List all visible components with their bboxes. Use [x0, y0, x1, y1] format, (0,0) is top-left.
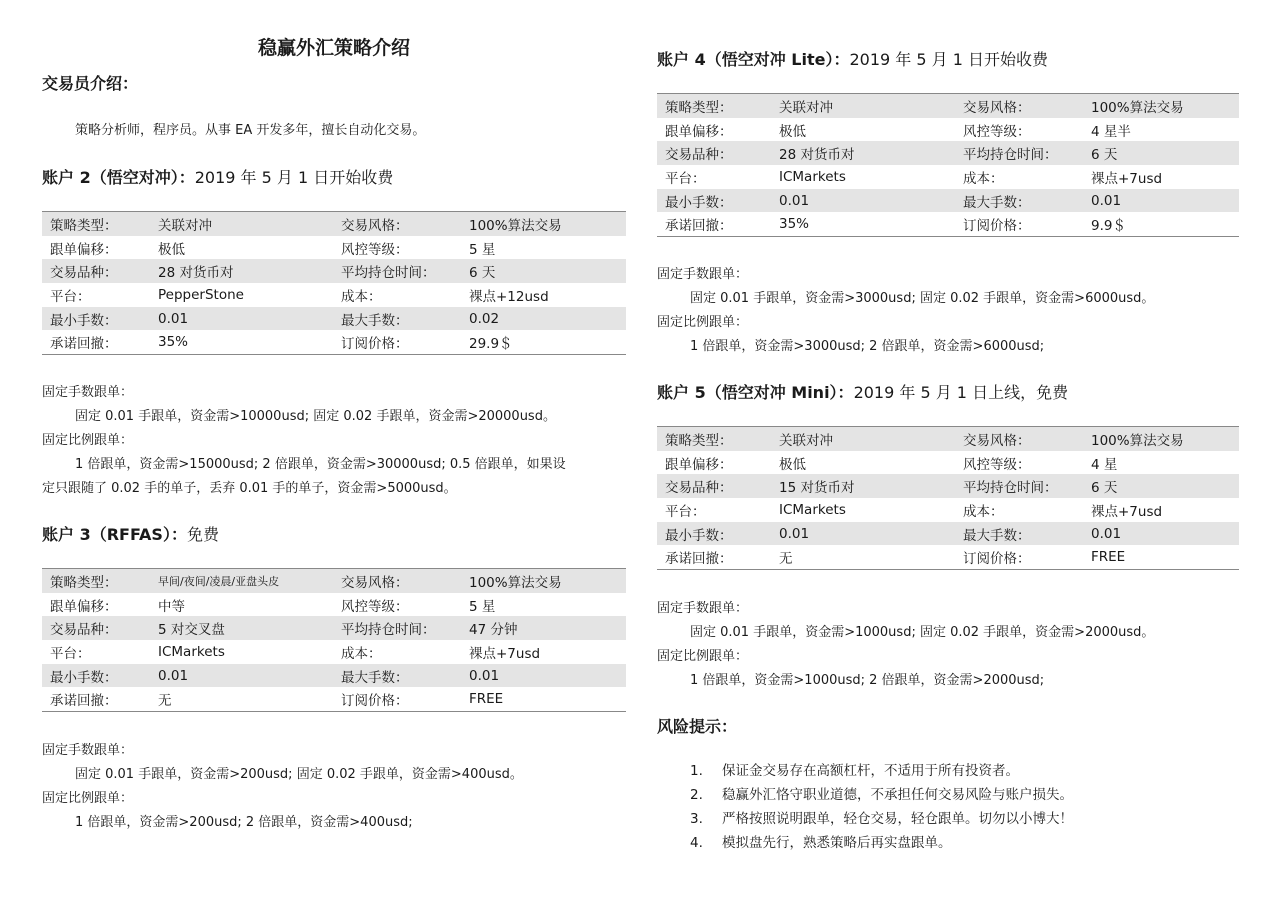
account-2-heading: 账户 2（悟空对冲）：2019 年 5 月 1 日开始收费 — [42, 165, 393, 188]
account-2-fixed-lot-label: 固定手数跟单： — [42, 381, 133, 400]
account-5-ratio-label: 固定比例跟单： — [657, 645, 748, 664]
table-row: 平台：ICMarkets成本：裸点+7usd — [657, 498, 1239, 522]
table-row: 策略类型：关联对冲交易风格：100%算法交易 — [657, 427, 1239, 451]
account-4-title: 账户 4（悟空对冲 Lite）： — [657, 50, 849, 69]
page-title: 稳赢外汇策略介绍 — [0, 33, 668, 60]
table-row: 跟单偏移：极低风控等级：4 星 — [657, 451, 1239, 475]
table-row: 平台：ICMarkets成本：裸点+7usd — [657, 165, 1239, 189]
table-row: 跟单偏移：极低风控等级：4 星半 — [657, 118, 1239, 142]
account-2-subtitle: 2019 年 5 月 1 日开始收费 — [195, 168, 394, 187]
account-5-ratio-text-1: 1 倍跟单，资金需>1000usd; 2 倍跟单，资金需>2000usd; — [657, 669, 1044, 688]
account-2-ratio-text-2: 定只跟随了 0.02 手的单子，丢弃 0.01 手的单子，资金需>5000usd… — [42, 477, 457, 496]
account-4-subtitle: 2019 年 5 月 1 日开始收费 — [849, 50, 1048, 69]
account-4-fixed-lot-text: 固定 0.01 手跟单，资金需>3000usd; 固定 0.02 手跟单，资金需… — [657, 287, 1154, 306]
account-5-title: 账户 5（悟空对冲 Mini）： — [657, 383, 854, 402]
table-row: 交易品种：5 对交叉盘平均持仓时间：47 分钟 — [42, 616, 626, 640]
account-3-ratio-label: 固定比例跟单： — [42, 787, 133, 806]
account-3-subtitle: 免费 — [187, 525, 219, 544]
table-row: 最小手数：0.01最大手数：0.01 — [657, 189, 1239, 213]
table-row: 承诺回撤：35%订阅价格：29.9＄ — [42, 330, 626, 354]
table-row: 策略类型：关联对冲交易风格：100%算法交易 — [42, 212, 626, 236]
table-row: 交易品种：15 对货币对平均持仓时间：6 天 — [657, 474, 1239, 498]
account-5-fixed-lot-label: 固定手数跟单： — [657, 597, 748, 616]
account-5-spec-table: 策略类型：关联对冲交易风格：100%算法交易 跟单偏移：极低风控等级：4 星 交… — [657, 426, 1239, 570]
table-row: 跟单偏移：极低风控等级：5 星 — [42, 236, 626, 260]
list-item: 1.保证金交易存在高额杠杆，不适用于所有投资者。 — [657, 759, 1073, 783]
list-item: 4.模拟盘先行，熟悉策略后再实盘跟单。 — [657, 831, 1073, 855]
risk-heading: 风险提示： — [657, 714, 737, 737]
list-item: 2.稳赢外汇恪守职业道德，不承担任何交易风险与账户损失。 — [657, 783, 1073, 807]
account-4-heading: 账户 4（悟空对冲 Lite）：2019 年 5 月 1 日开始收费 — [657, 47, 1048, 70]
account-2-spec-table: 策略类型：关联对冲交易风格：100%算法交易 跟单偏移：极低风控等级：5 星 交… — [42, 211, 626, 355]
table-row: 策略类型：关联对冲交易风格：100%算法交易 — [657, 94, 1239, 118]
account-3-fixed-lot-text: 固定 0.01 手跟单，资金需>200usd; 固定 0.02 手跟单，资金需>… — [42, 763, 523, 782]
account-3-spec-table: 策略类型：早间/夜间/凌晨/亚盘头皮交易风格：100%算法交易 跟单偏移：中等风… — [42, 568, 626, 712]
account-3-heading: 账户 3（RFFAS）：免费 — [42, 522, 219, 545]
table-row: 承诺回撤：35%订阅价格：9.9＄ — [657, 212, 1239, 236]
table-row: 最小手数：0.01最大手数：0.01 — [42, 664, 626, 688]
account-3-title: 账户 3（RFFAS）： — [42, 525, 187, 544]
account-5-subtitle: 2019 年 5 月 1 日上线，免费 — [854, 383, 1069, 402]
account-2-fixed-lot-text: 固定 0.01 手跟单，资金需>10000usd; 固定 0.02 手跟单，资金… — [42, 405, 556, 424]
account-5-heading: 账户 5（悟空对冲 Mini）：2019 年 5 月 1 日上线，免费 — [657, 380, 1068, 403]
table-row: 策略类型：早间/夜间/凌晨/亚盘头皮交易风格：100%算法交易 — [42, 569, 626, 593]
account-2-ratio-text-1: 1 倍跟单，资金需>15000usd; 2 倍跟单，资金需>30000usd; … — [42, 453, 566, 472]
table-row: 平台：PepperStone成本：裸点+12usd — [42, 283, 626, 307]
table-row: 最小手数：0.01最大手数：0.02 — [42, 307, 626, 331]
account-4-fixed-lot-label: 固定手数跟单： — [657, 263, 748, 282]
account-5-fixed-lot-text: 固定 0.01 手跟单，资金需>1000usd; 固定 0.02 手跟单，资金需… — [657, 621, 1154, 640]
table-row: 跟单偏移：中等风控等级：5 星 — [42, 593, 626, 617]
trader-heading: 交易员介绍： — [42, 71, 138, 94]
table-row: 平台：ICMarkets成本：裸点+7usd — [42, 640, 626, 664]
account-4-ratio-label: 固定比例跟单： — [657, 311, 748, 330]
table-row: 承诺回撤：无订阅价格：FREE — [657, 545, 1239, 569]
risk-list: 1.保证金交易存在高额杠杆，不适用于所有投资者。 2.稳赢外汇恪守职业道德，不承… — [657, 759, 1073, 855]
table-row: 最小手数：0.01最大手数：0.01 — [657, 522, 1239, 546]
table-row: 交易品种：28 对货币对平均持仓时间：6 天 — [42, 259, 626, 283]
account-3-fixed-lot-label: 固定手数跟单： — [42, 739, 133, 758]
account-2-title: 账户 2（悟空对冲）： — [42, 168, 195, 187]
table-row: 承诺回撤：无订阅价格：FREE — [42, 687, 626, 711]
account-4-spec-table: 策略类型：关联对冲交易风格：100%算法交易 跟单偏移：极低风控等级：4 星半 … — [657, 93, 1239, 237]
account-3-ratio-text-1: 1 倍跟单，资金需>200usd; 2 倍跟单，资金需>400usd; — [42, 811, 413, 830]
table-row: 交易品种：28 对货币对平均持仓时间：6 天 — [657, 141, 1239, 165]
account-4-ratio-text-1: 1 倍跟单，资金需>3000usd; 2 倍跟单，资金需>6000usd; — [657, 335, 1044, 354]
trader-description: 策略分析师，程序员。从事 EA 开发多年，擅长自动化交易。 — [42, 119, 425, 138]
account-2-ratio-label: 固定比例跟单： — [42, 429, 133, 448]
list-item: 3.严格按照说明跟单，轻仓交易，轻仓跟单。切勿以小博大！ — [657, 807, 1073, 831]
